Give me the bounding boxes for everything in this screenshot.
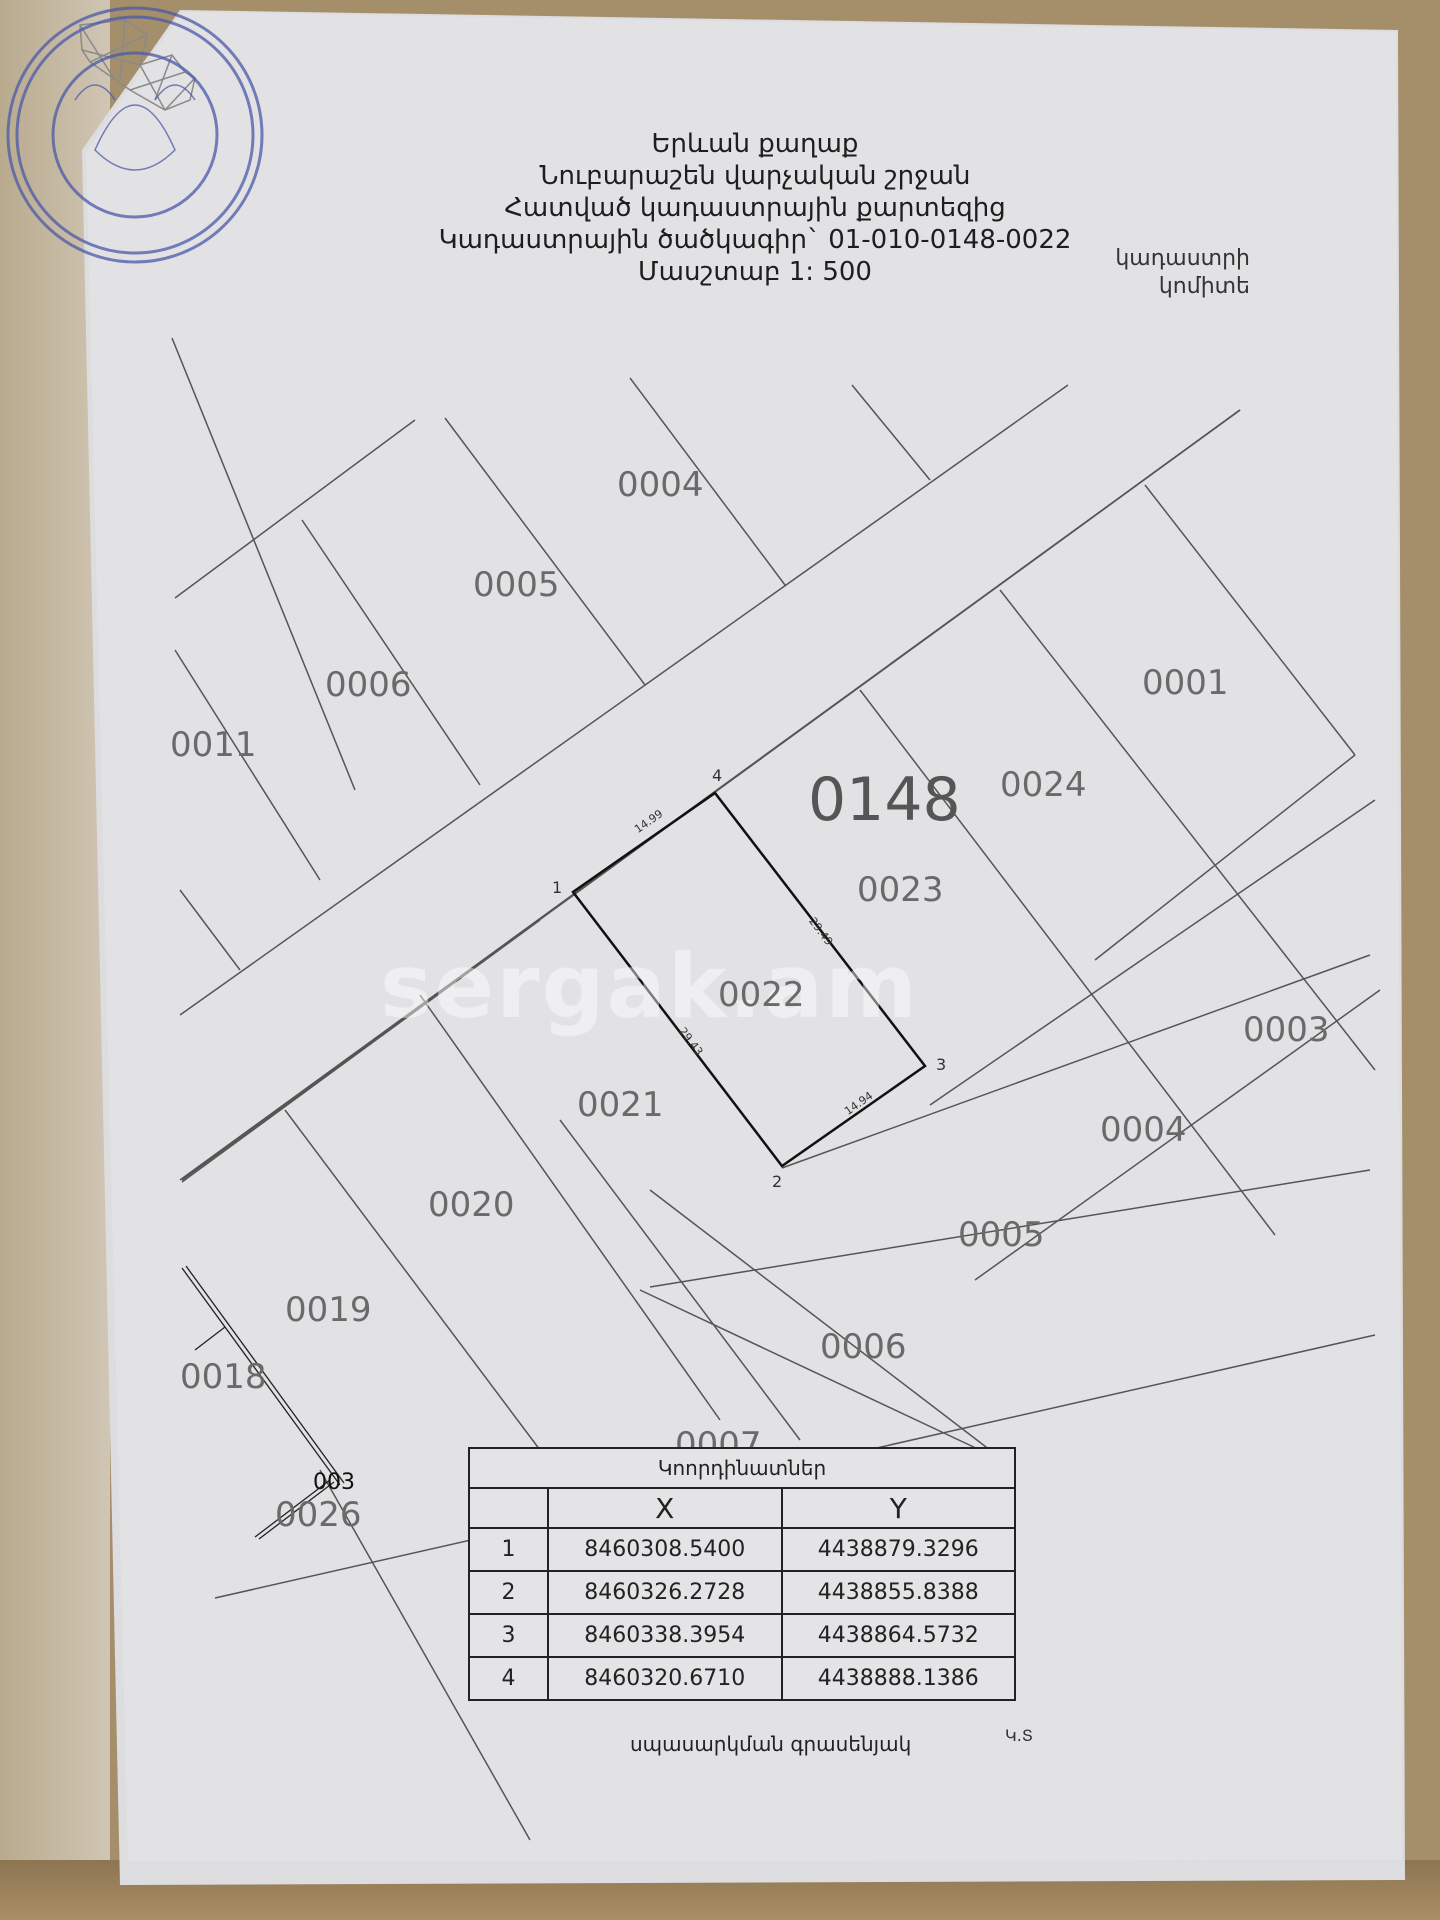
column-header: Y xyxy=(782,1488,1016,1528)
source-line: Հատված կադաստրային քարտեզից xyxy=(380,192,1130,224)
parcel-label: 0003 xyxy=(1243,1010,1330,1050)
column-header: X xyxy=(548,1488,782,1528)
cadastral-document: sergak.am Երևան քաղաք Նուբարաշեն վարչակա… xyxy=(0,0,1440,1920)
coordinates-table: Կոորդինատներ X Y 1 8460308.5400 4438879.… xyxy=(468,1447,1016,1701)
table-title: Կոորդինատներ xyxy=(469,1448,1015,1488)
parcel-label: 0024 xyxy=(1000,765,1087,805)
cadastre-committee-logo-text: կադաստրի կոմիտե xyxy=(1110,245,1250,301)
table-row: 3 8460338.3954 4438864.5732 xyxy=(469,1614,1015,1657)
vertex-label: 2 xyxy=(772,1172,782,1191)
column-header xyxy=(469,1488,548,1528)
table-row: 2 8460326.2728 4438855.8388 xyxy=(469,1571,1015,1614)
district-line: Նուբարաշեն վարչական շրջան xyxy=(380,160,1130,192)
parcel-label: 0006 xyxy=(325,665,412,705)
parcel-label: 0006 xyxy=(820,1327,907,1367)
parcel-label: 0023 xyxy=(857,870,944,910)
parcel-label: 0018 xyxy=(180,1357,267,1397)
watermark: sergak.am xyxy=(380,935,919,1038)
parcel-label: 0026 xyxy=(275,1495,362,1535)
cadastral-code: 01-010-0148-0022 xyxy=(828,225,1071,255)
parcel-label: 0011 xyxy=(170,725,257,765)
parcel-label: 0005 xyxy=(958,1215,1045,1255)
seal-center-text: Կ.Տ xyxy=(1005,1726,1033,1745)
parcel-label: 0021 xyxy=(577,1085,664,1125)
parcel-label: 0004 xyxy=(617,465,704,505)
parcel-label: 0005 xyxy=(473,565,560,605)
table-row: 4 8460320.6710 4438888.1386 xyxy=(469,1657,1015,1700)
block-number: 0148 xyxy=(808,765,961,835)
vertex-label: 4 xyxy=(712,766,722,785)
parcel-label: 0001 xyxy=(1142,663,1229,703)
table-row: 1 8460308.5400 4438879.3296 xyxy=(469,1528,1015,1571)
city-line: Երևան քաղաք xyxy=(380,128,1130,160)
parcel-label: 0019 xyxy=(285,1290,372,1330)
misc-label: 003 xyxy=(313,1470,355,1495)
parcel-label: 0004 xyxy=(1100,1110,1187,1150)
cadastral-code-line: Կադաստրային ծածկագիր` 01-010-0148-0022 xyxy=(380,224,1130,256)
vertex-label: 3 xyxy=(936,1055,946,1074)
scale-line: Մասշտաբ 1: 500 xyxy=(380,256,1130,288)
subject-parcel-label: 0022 xyxy=(718,975,805,1015)
parcel-label: 0020 xyxy=(428,1185,515,1225)
vertex-label: 1 xyxy=(552,878,562,897)
official-seal-icon xyxy=(0,0,270,270)
service-office-note: սպասարկման գրասենյակ xyxy=(630,1732,911,1756)
document-header: Երևան քաղաք Նուբարաշեն վարչական շրջան Հա… xyxy=(380,128,1130,288)
